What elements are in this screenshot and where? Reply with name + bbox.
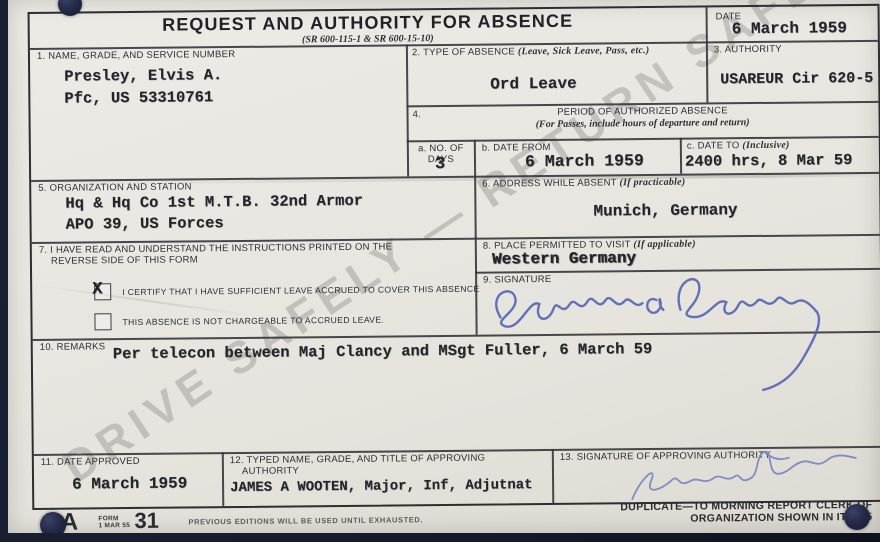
box11-label: 11. DATE APPROVED: [41, 456, 140, 468]
box4a-value: 3: [435, 155, 445, 174]
box3-value: USAREUR Cir 620-5: [720, 70, 873, 88]
box13-label: 13. SIGNATURE OF APPROVING AUTHORITY: [560, 450, 771, 463]
box4c-value: 2400 hrs, 8 Mar 59: [685, 151, 853, 171]
grid-line: [552, 449, 555, 503]
box5-line2: APO 39, US Forces: [65, 214, 223, 234]
duplicate-note: DUPLICATE—TO MORNING REPORT CLERK OFORGA…: [570, 500, 872, 526]
checkbox-unchecked-icon: [94, 313, 111, 330]
box5-line1: Hq & Hq Co 1st M.T.B. 32nd Armor: [65, 192, 363, 213]
box7-check2-label: THIS ABSENCE IS NOT CHARGEABLE TO ACCRUE…: [122, 315, 384, 328]
grid-line: [475, 268, 880, 274]
form-grid: REQUEST AND AUTHORITY FOR ABSENCE (SR 60…: [28, 4, 880, 510]
date-value: 6 March 1959: [732, 19, 847, 38]
box2-value: Ord Leave: [490, 75, 577, 94]
grid-line: [222, 452, 225, 506]
box1-label: 1. NAME, GRADE, AND SERVICE NUMBER: [37, 49, 235, 62]
grid-line: [706, 7, 709, 102]
box1-grade-serial: Pfc, US 53310761: [64, 88, 213, 107]
box12-label: 12. TYPED NAME, GRADE, AND TITLE OF APPR…: [230, 452, 542, 477]
box9-label: 9. SIGNATURE: [483, 274, 551, 286]
grid-line: [31, 172, 879, 182]
checkbox-checked-icon: X: [94, 283, 111, 300]
grid-line: [407, 136, 879, 143]
box3-label: 3. AUTHORITY: [714, 44, 782, 56]
box10-remarks: Per telecon between Maj Clancy and MSgt …: [113, 340, 653, 363]
form-number: 31: [134, 508, 159, 533]
box11-value: 6 March 1959: [72, 474, 187, 493]
box1-name: Presley, Elvis A.: [64, 66, 222, 86]
form-edition: FORM1 MAR 55: [98, 515, 130, 529]
box12-value: JAMES A WOOTEN, Major, Inf, Adjutnat: [230, 477, 533, 496]
box4c-label: c. DATE TO (Inclusive): [687, 140, 790, 152]
footer-note: PREVIOUS EDITIONS WILL BE USED UNTIL EXH…: [188, 515, 423, 526]
punch-hole: [40, 512, 66, 533]
box6-value: Munich, Germany: [593, 201, 737, 220]
punch-hole: [844, 504, 870, 530]
grid-line: [680, 138, 682, 174]
paper: DRIVE SAFELY — RETURN SAFELY: [8, 0, 880, 533]
box4b-value: 6 March 1959: [525, 151, 644, 171]
grid-line: [33, 331, 880, 341]
box5-label: 5. ORGANIZATION AND STATION: [38, 181, 192, 193]
photo-of-form: DRIVE SAFELY — RETURN SAFELY: [0, 0, 880, 542]
box8-value: Western Germany: [492, 249, 636, 268]
box6-label: 6. ADDRESS WHILE ABSENT (If practicable): [482, 177, 685, 190]
box7-check1-label: I CERTIFY THAT I HAVE SUFFICIENT LEAVE A…: [122, 284, 479, 297]
box2-label: 2. TYPE OF ABSENCE (Leave, Sick Leave, P…: [412, 45, 694, 59]
box7-label: 7. I HAVE READ AND UNDERSTAND THE INSTRU…: [39, 241, 459, 267]
box10-label: 10. REMARKS: [40, 341, 106, 353]
